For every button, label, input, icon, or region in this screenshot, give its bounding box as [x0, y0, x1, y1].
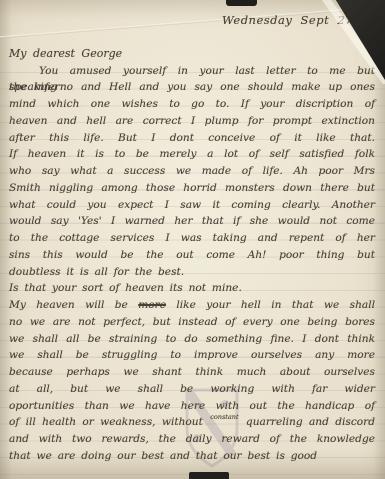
struck-word: more — [138, 299, 166, 311]
letter-salutation: My dearest George — [9, 45, 375, 63]
letter-line: the inferno and Hell and you say one sho… — [9, 79, 375, 96]
letter-line: Is that your sort of heaven its not mine… — [9, 280, 375, 297]
letter-line: would say 'Yes' I warned her that if she… — [9, 213, 375, 230]
letter-line: what could you expect I saw it coming cl… — [9, 197, 375, 214]
letter-line: at all, but we shall be working with far… — [9, 381, 375, 398]
letter-line: to the cottage services I was taking and… — [9, 230, 375, 247]
letter-paragraph: You amused yourself in your last letter … — [9, 63, 375, 281]
letter-line: My heaven will be more like your hell in… — [9, 297, 375, 314]
letter-paragraph: My heaven will be more like your hell in… — [9, 297, 375, 465]
letter-line: of ill health or weakness, without const… — [9, 414, 375, 431]
letter-line: sins this would be the out come Ah! poor… — [9, 247, 375, 264]
bottom-edge-dark-patch — [189, 472, 229, 479]
letter-body-block: My dearest George You amused yourself in… — [9, 45, 375, 465]
letter-line: because perhaps we shant think much abou… — [9, 364, 375, 381]
letter-line: we shall be struggling to improve oursel… — [9, 347, 375, 364]
letter-line: If heaven it is to be merely a lot of se… — [9, 146, 375, 163]
letter-line: oportunities than we have here with out … — [9, 398, 375, 415]
top-edge-dark-patch — [226, 0, 257, 6]
letter-body: You amused yourself in your last letter … — [9, 63, 375, 465]
letter-line: You amused yourself in your last letter … — [9, 63, 375, 80]
inserted-word: constant — [210, 414, 238, 421]
letter-line: we shall all be straining to do somethin… — [9, 331, 375, 348]
letter-line: no we are not perfect, but instead of ev… — [9, 314, 375, 331]
letter-photo: Wednesday Sept 27 My dearest George You … — [0, 0, 385, 479]
letter-line: after this life. But I dont conceive of … — [9, 130, 375, 147]
letter-line: heaven and hell are correct I plump for … — [9, 113, 375, 130]
letter-line: Smith niggling among those horrid monste… — [9, 180, 375, 197]
letter-paragraph: Is that your sort of heaven its not mine… — [9, 280, 375, 297]
letter-line: and with two rewards, the daily reward o… — [9, 431, 375, 448]
letter-line: who say what a success we made of life. … — [9, 163, 375, 180]
letter-line: mind which one wishes to go to. If your … — [9, 96, 375, 113]
